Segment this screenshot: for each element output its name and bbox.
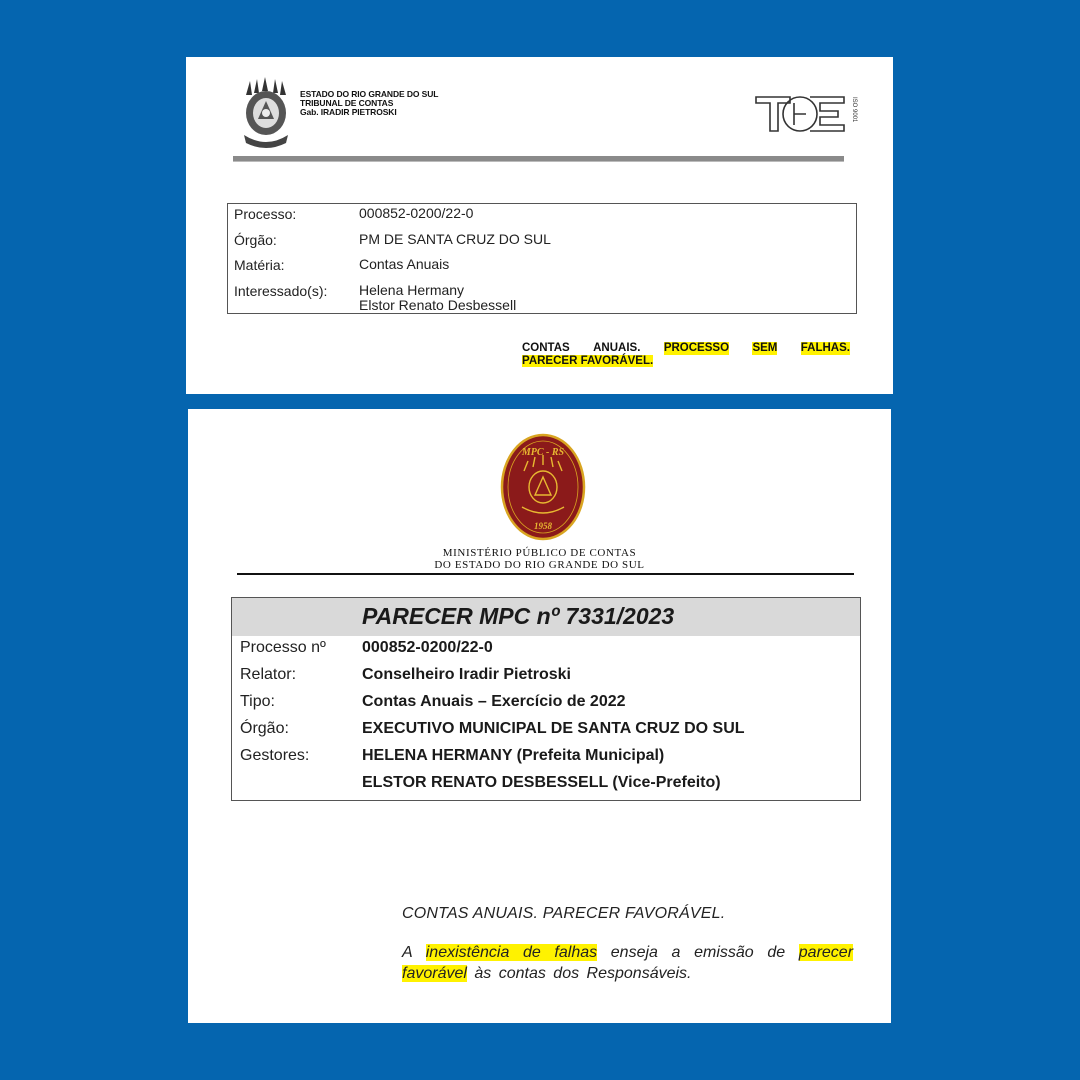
ementa-summary: CONTAS ANUAIS. PROCESSO SEM FALHAS. PARE… [522, 342, 850, 368]
header-divider [233, 156, 844, 162]
svg-text:ISO 9001: ISO 9001 [851, 97, 857, 123]
mpc-rs-seal-icon: MPC - RS 1958 [500, 433, 586, 541]
mpc-document-excerpt: MPC - RS 1958 MINISTÉRIO PÚBLICO DE CONT… [188, 409, 891, 1023]
highlighted-verdict: PARECER FAVORÁVEL. [522, 355, 653, 367]
tce-header-text: ESTADO DO RIO GRANDE DO SUL TRIBUNAL DE … [300, 90, 438, 117]
parecer-title: PARECER MPC nº 7331/2023 [362, 603, 674, 630]
institution-name-line1: MINISTÉRIO PÚBLICO DE CONTAS [188, 547, 891, 559]
rs-coat-of-arms-icon [240, 77, 292, 149]
institution-name-line2: DO ESTADO DO RIO GRANDE DO SUL [188, 559, 891, 571]
parecer-conclusion: A inexistência de falhas enseja a emissã… [402, 942, 853, 984]
parecer-info-table: PARECER MPC nº 7331/2023 Processo nº 000… [231, 597, 861, 801]
svg-text:1958: 1958 [534, 521, 553, 531]
tce-document-excerpt: ESTADO DO RIO GRANDE DO SUL TRIBUNAL DE … [186, 57, 893, 394]
process-info-table: Processo: 000852-0200/22-0 Órgão: PM DE … [227, 203, 857, 314]
tce-logo-icon: ISO 9001 [754, 91, 858, 135]
header-divider [237, 573, 854, 575]
parecer-ementa: CONTAS ANUAIS. PARECER FAVORÁVEL. A inex… [402, 905, 853, 984]
